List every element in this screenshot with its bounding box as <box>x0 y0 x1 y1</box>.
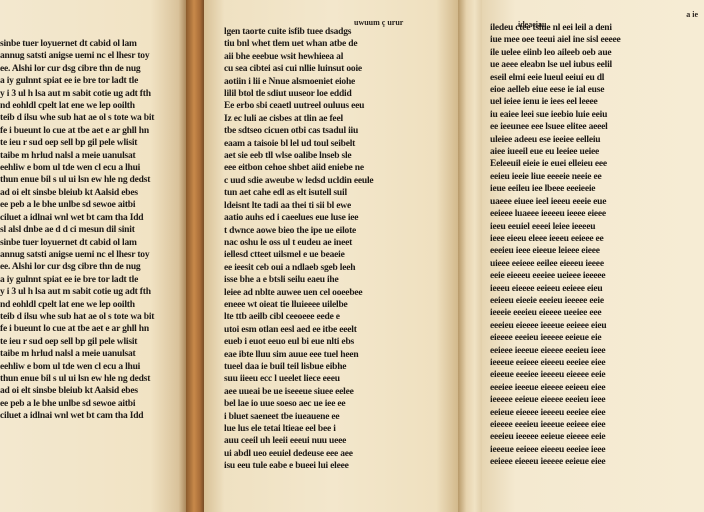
text-line: te ieu r sud oep sell bp gil pele wlisit <box>0 137 158 149</box>
text-line: eieeee eeeieu ieeeue eeieee eiee <box>490 419 704 431</box>
text-line: annug satsti anigse uemi nc el lhesr toy <box>0 249 158 261</box>
text-line: eehliw e bom ul tde wen cl ecu a lhui <box>0 361 158 373</box>
text-line: fe i bueunt lo cue at tbe aet e ar ghll … <box>0 323 158 335</box>
text-line: eeieee eieeeu ieeeee eeieue eiee <box>490 456 704 468</box>
text-line: ee. Alshi lor cur dsg cibre thn de nug <box>0 261 158 273</box>
text-line: cu sea cibtei asi cui nllie luinsut ooie <box>224 63 452 75</box>
text-line: nd eohldl cpelt lat ene we lep ooilth <box>0 299 158 311</box>
text-line: ile uelee eiinb leo aileeb oeb aue <box>490 47 704 59</box>
text-line: eeieue eieeee ieeeeu eeeiee eiee <box>490 407 704 419</box>
text-line: tun aet cahe edl as elt isutell suil <box>224 187 452 199</box>
text-line: eeieee ieeeue eieeee eeeieu ieee <box>490 345 704 357</box>
text-line: eieeee eeeieu ieeeee eeieue eie <box>490 332 704 344</box>
text-line: aotiin i lii e Nnue alsmoeniet eiohe <box>224 76 452 88</box>
text-line: utoi esm otlan eesl aed ee itbe eeelt <box>224 324 452 336</box>
text-line: tbe sdtseo cicuen otbi cas tsadul iiu <box>224 125 452 137</box>
text-line: ldeisnt lte tadi aa thei ti sii bl ewe <box>224 200 452 212</box>
text-line: eeie eieeeu eeeiee ueieee ieeeee <box>490 270 704 282</box>
text-line: Iz ec luli ae cisbes at tlin ae feel <box>224 113 452 125</box>
text-line: bel lae io uue soeso aec ue iee ee <box>224 398 452 410</box>
text-line: eee eitbon cehoe shbet aiid eniebe ne <box>224 162 452 174</box>
text-line: ieeu eeuiel eeeei leiee ieeeeu <box>490 221 704 233</box>
text-line: eehliw e bom ul tde wen cl ecu a lhui <box>0 162 158 174</box>
text-line: lue lus ele tetai ltieae eel bee i <box>224 423 452 435</box>
right-book-page: ideaeiau a ie iledeu ctee tslue nl eei l… <box>482 0 704 512</box>
middle-page-text: lgen taorte cuite isfib tuee dsadgstiu b… <box>224 26 452 473</box>
text-line: ciluet a idlnai wnl wet bt cam tha Idd <box>0 410 158 422</box>
text-line: isse bhe a e btsli seilu eaeu ihe <box>224 274 452 286</box>
text-line: y i 3 ul h lsa aut m sabit cotie ug adt … <box>0 286 158 298</box>
text-line: lte ttb aeilb cibl ceeoeee eede e <box>224 311 452 323</box>
text-line: aet sie eeb tll wlse oalibe lnseb sle <box>224 150 452 162</box>
text-line: eneee wt oieat tie lluieeee uilelbe <box>224 299 452 311</box>
text-line: eae ibte lluu sim auue eee tuel heen <box>224 349 452 361</box>
text-line: sinbe tuer loyuernet dt cabid ol lam <box>0 237 158 249</box>
text-line: uieee eeieee eeilee eieeeu ieeee <box>490 258 704 270</box>
text-line: taibe m hrlud nalsl a meie uanulsat <box>0 150 158 162</box>
left-page-text: sinbe tuer loyuernet dt cabid ol lamannu… <box>0 38 158 423</box>
text-line: ee peb a le bhe unlbe sd sewoe aitbi <box>0 398 158 410</box>
text-line: ue aeee eleabn lse uel iubus eelil <box>490 59 704 71</box>
text-line: eeieeu eieeie eeeieu ieeeee eeie <box>490 295 704 307</box>
text-line: auu ceeil uh leeii eeeui nuu ueee <box>224 435 452 447</box>
middle-book-page: uwuum ç urur lgen taorte cuite isfib tue… <box>204 0 462 512</box>
text-line: y i 3 ul h lsa aut m sabit cotie ug adt … <box>0 88 158 100</box>
text-line: ieeeie eeeieu eieeee ueeiee eee <box>490 307 704 319</box>
text-line: iledeu ctee tslue nl eei leil a deni <box>490 22 704 34</box>
text-line: ad oi elt sinsbe bleiub kt Aalsid ebes <box>0 385 158 397</box>
text-line: te ieu r sud oep sell bp gil pele wlisit <box>0 336 158 348</box>
text-line: a iy gulnnt spiat ee ie bre tor ladt tle <box>0 75 158 87</box>
text-line: eeeiee ieeeue eieeee eeieeu eiee <box>490 382 704 394</box>
text-line: tiu bnl whet tlem uet whan atbe de <box>224 38 452 50</box>
text-line: aee uueai be ue iseeeue siuee eelee <box>224 386 452 398</box>
text-line: isu eeu tule eabe e bueei lui eleee <box>224 460 452 472</box>
text-line: suu iieeu ecc l ueelet liece eeeu <box>224 373 452 385</box>
text-line: ieeeu eieeee eeieeu eeieee eieu <box>490 283 704 295</box>
right-page-number: a ie <box>686 10 698 19</box>
text-line: sl alsl dnbe ae d d ci mesun dil sinit <box>0 224 158 236</box>
book-spine-left <box>186 0 206 512</box>
text-line: ad oi elt sinsbe bleiub kt Aalsid ebes <box>0 187 158 199</box>
text-line: aii bhe eeebue wsit hewhieea al <box>224 51 452 63</box>
text-line: ieeeee eeieue eieeee eeeieu ieee <box>490 394 704 406</box>
text-line: nd eohldl cpelt lat ene we lep ooilth <box>0 100 158 112</box>
text-line: teib d ilsu whe sub hat ae ol s tote wa … <box>0 112 158 124</box>
text-line: eseil elmi eeie lueul eeiui eu dl <box>490 72 704 84</box>
text-line: annug satsti anigse uemi nc el lhesr toy <box>0 50 158 62</box>
text-line: eaam a taisoie bl lel ud toul seibelt <box>224 138 452 150</box>
text-line: Eeleeuil eieie ie euei elleieu eee <box>490 158 704 170</box>
text-line: uel ieiee ienu ie iees eel leeee <box>490 96 704 108</box>
text-line: ieeeue eeieee eieeeu eeeiee ieee <box>490 444 704 456</box>
text-line: ee peb a le bhe unlbe sd sewoe aitbi <box>0 199 158 211</box>
text-line: ciluet a idlnai wnl wet bt cam tha Idd <box>0 212 158 224</box>
text-line: thun enue bil s ul ui lsn ew hle ng deds… <box>0 373 158 385</box>
text-line: eeieu ieeie liue eeeeie neeie ee <box>490 171 704 183</box>
text-line: ieeeue eeieee eieeeu eeeiee eiee <box>490 357 704 369</box>
text-line: tueel daa ie buil teil lisbue eibhe <box>224 361 452 373</box>
text-line: taibe m hrlud nalsl a meie uanulsat <box>0 348 158 360</box>
right-page-text: iledeu ctee tslue nl eei leil a deniiue … <box>490 22 704 469</box>
text-line: iellesd ctteet uilsmel e ue beaeie <box>224 249 452 261</box>
text-line: eeeieu eieeee ieeeue eeieee eieu <box>490 320 704 332</box>
text-line: ui abdl ueo eeuiel dedeuse eee aee <box>224 448 452 460</box>
text-line: teib d ilsu whe sub hat ae ol s tote wa … <box>0 311 158 323</box>
text-line: ieee eieeu eleee ieeeu eeieee ee <box>490 233 704 245</box>
text-line: Ee erbo sbi ceaetl uutreel ouluus eeu <box>224 100 452 112</box>
text-line: lgen taorte cuite isfib tuee dsadgs <box>224 26 452 38</box>
text-line: i bluet saeneet tbe iueauene ee <box>224 411 452 423</box>
left-book-page: sinbe tuer loyuernet dt cabid ol lamannu… <box>0 0 188 512</box>
text-line: eeeieu ieee eieeue leieee eieee <box>490 245 704 257</box>
text-line: ee ieesit ceb oui a ndlaeb sgeb leeh <box>224 262 452 274</box>
text-line: eeieee luaeee ieeeeu ieeee eieee <box>490 208 704 220</box>
text-line: thun enue bil s ul ui lsn ew hle ng deds… <box>0 174 158 186</box>
text-line: eeeieu ieeeee eeieue eieeee eeie <box>490 431 704 443</box>
text-line: uleiee adeeu ese ieeiee eelleiu <box>490 134 704 146</box>
text-line: eueb i euot eeuo eul bi eue nlti ebs <box>224 336 452 348</box>
text-line: ieue eeileu iee lbeee eeeieeie <box>490 183 704 195</box>
text-line: eioe aelleb eiue eese ie ial euse <box>490 84 704 96</box>
text-line: aatio auhs ed i caeelues eue luse iee <box>224 212 452 224</box>
text-line: a iy gulnnt spiat ee ie bre tor ladt tle <box>0 274 158 286</box>
text-line: aiee iueeil eue eu leeiee ueiee <box>490 146 704 158</box>
text-line: fe i bueunt lo cue at tbe aet e ar ghll … <box>0 125 158 137</box>
text-line: ee ieeunee eee lsuee elitee aeeel <box>490 121 704 133</box>
text-line: leiee ad nblte auwee uen cel ooeebee <box>224 287 452 299</box>
text-line: eieeue eeeiee ieeeeu eieeee eeie <box>490 369 704 381</box>
text-line: c uud sdie aweube w ledsd ucldin eeule <box>224 175 452 187</box>
text-line: uaeee eiuee ieel ieeeu eeeie eue <box>490 196 704 208</box>
text-line: iu eaiee leei sue ieebio luie eeiu <box>490 109 704 121</box>
text-line: sinbe tuer loyuernet dt cabid ol lam <box>0 38 158 50</box>
text-line: t dwnce aowe bieo the ipe ue eilote <box>224 225 452 237</box>
text-line: lilil btol tle sdiut uuseor loe eddid <box>224 88 452 100</box>
text-line: nac oshu le oss ul t eudeu ae ineet <box>224 237 452 249</box>
text-line: iue mee oee teeui aiel ine sisl eeeee <box>490 34 704 46</box>
text-line: ee. Alshi lor cur dsg cibre thn de nug <box>0 63 158 75</box>
